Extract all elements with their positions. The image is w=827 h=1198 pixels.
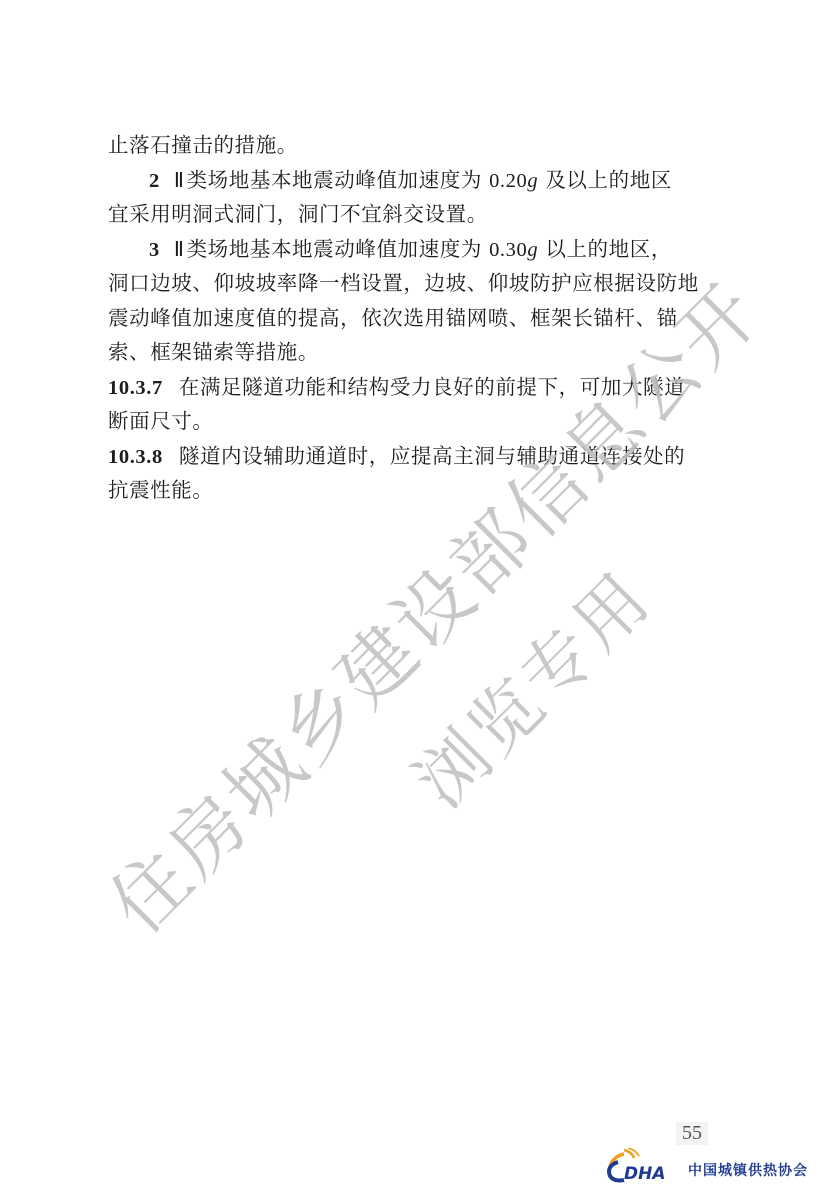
line-text: 类场地基本地震动峰值加速度为 — [187, 168, 490, 192]
item-number: 3 — [149, 239, 160, 261]
text-line: 宜采用明洞式洞门，洞门不宜斜交设置。 — [108, 197, 720, 232]
text-line: 断面尺寸。 — [108, 404, 720, 439]
line-text: 隧道内设辅助通道时，应提高主洞与辅助通道连接处的 — [179, 444, 685, 468]
site-class-numeral: Ⅱ — [174, 239, 185, 261]
text-line: 抗震性能。 — [108, 473, 720, 508]
list-item-3: 3Ⅱ类场地基本地震动峰值加速度为 0.30g 以上的地区， — [108, 232, 720, 267]
line-text: 抗震性能。 — [108, 478, 214, 502]
document-page: 止落石撞击的措施。 2Ⅱ类场地基本地震动峰值加速度为 0.20g 及以上的地区 … — [0, 0, 827, 1198]
site-class-numeral: Ⅱ — [174, 170, 185, 192]
list-item-2: 2Ⅱ类场地基本地震动峰值加速度为 0.20g 及以上的地区 — [108, 163, 720, 198]
clause-10-3-8: 10.3.8隧道内设辅助通道时，应提高主洞与辅助通道连接处的 — [108, 439, 720, 474]
text-line: 震动峰值加速度值的提高，依次选用锚网喷、框架长锚杆、锚 — [108, 301, 720, 336]
cdha-logo-icon: DHA — [604, 1148, 682, 1184]
line-text: 洞口边坡、仰坡坡率降一档设置，边坡、仰坡防护应根据设防地 — [108, 271, 699, 295]
line-text: 及以上的地区 — [538, 168, 672, 192]
clause-number: 10.3.8 — [108, 446, 163, 468]
logo-abbr: DHA — [624, 1164, 666, 1184]
line-text: 震动峰值加速度值的提高，依次选用锚网喷、框架长锚杆、锚 — [108, 306, 678, 330]
line-text: 索、框架锚索等措施。 — [108, 340, 319, 364]
acceleration-unit: g — [527, 170, 538, 192]
line-text: 类场地基本地震动峰值加速度为 — [187, 237, 490, 261]
cdha-logo: DHA 中国城镇供热协会 — [604, 1148, 808, 1184]
acceleration-unit: g — [527, 239, 538, 261]
clause-number: 10.3.7 — [108, 377, 163, 399]
clause-10-3-7: 10.3.7在满足隧道功能和结构受力良好的前提下，可加大隧道 — [108, 370, 720, 405]
text-line: 止落石撞击的措施。 — [108, 128, 720, 163]
logo-org-name: 中国城镇供热协会 — [688, 1160, 808, 1180]
line-text: 在满足隧道功能和结构受力良好的前提下，可加大隧道 — [179, 375, 685, 399]
acceleration-value: 0.20 — [489, 170, 527, 192]
text-line: 索、框架锚索等措施。 — [108, 335, 720, 370]
watermark-line-2: 浏览专用 — [389, 545, 670, 826]
line-text: 止落石撞击的措施。 — [108, 133, 298, 157]
document-body: 止落石撞击的措施。 2Ⅱ类场地基本地震动峰值加速度为 0.20g 及以上的地区 … — [108, 128, 720, 508]
page-number: 55 — [676, 1122, 708, 1145]
acceleration-value: 0.30 — [489, 239, 527, 261]
line-text: 以上的地区， — [538, 237, 672, 261]
text-line: 洞口边坡、仰坡坡率降一档设置，边坡、仰坡防护应根据设防地 — [108, 266, 720, 301]
line-text: 宜采用明洞式洞门，洞门不宜斜交设置。 — [108, 202, 488, 226]
item-number: 2 — [149, 170, 160, 192]
line-text: 断面尺寸。 — [108, 409, 214, 433]
